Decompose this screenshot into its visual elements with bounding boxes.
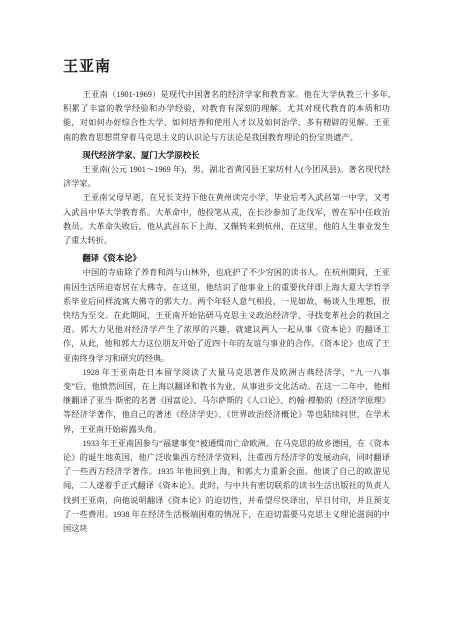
section-heading: 现代经济学家、厦门大学原校长 (63, 149, 390, 163)
paragraph: 1928 年王亚南赴日本留学阅读了大量马克思著作及欧洲古典经济学，“九一八事变”… (63, 366, 390, 437)
document-page: 王亚南 王亚南（1901-1969）是现代中国著名的经济学家和教育家。他在大学执… (0, 0, 450, 636)
paragraph: 王亚南父母早逝，在兄长支持下他在黄州读完小学，毕业后考入武昌第一中学，又考入武昌… (63, 191, 390, 248)
paragraph: 中国的寺庙除了养育和尚与山林外，也庇护了不少穷困的读书人。在杭州期间，王亚南因生… (63, 266, 390, 365)
document-content: 王亚南 王亚南（1901-1969）是现代中国著名的经济学家和教育家。他在大学执… (63, 58, 390, 536)
document-title: 王亚南 (63, 58, 390, 77)
paragraph: 王亚南（1901-1969）是现代中国著名的经济学家和教育家。他在大学执教三十多… (63, 88, 390, 145)
paragraph: 1933 年王亚南因参与“福建事变”被通缉而亡命欧洲。在马克思的故乡德国，在《资… (63, 437, 390, 536)
document-body: 王亚南（1901-1969）是现代中国著名的经济学家和教育家。他在大学执教三十多… (63, 88, 390, 536)
section-heading: 翻译《资本论》 (63, 252, 390, 266)
paragraph: 王亚南(公元 1901～1969 年)，男，湖北省黄冈县王家坊村人(今团风县)。… (63, 163, 390, 191)
